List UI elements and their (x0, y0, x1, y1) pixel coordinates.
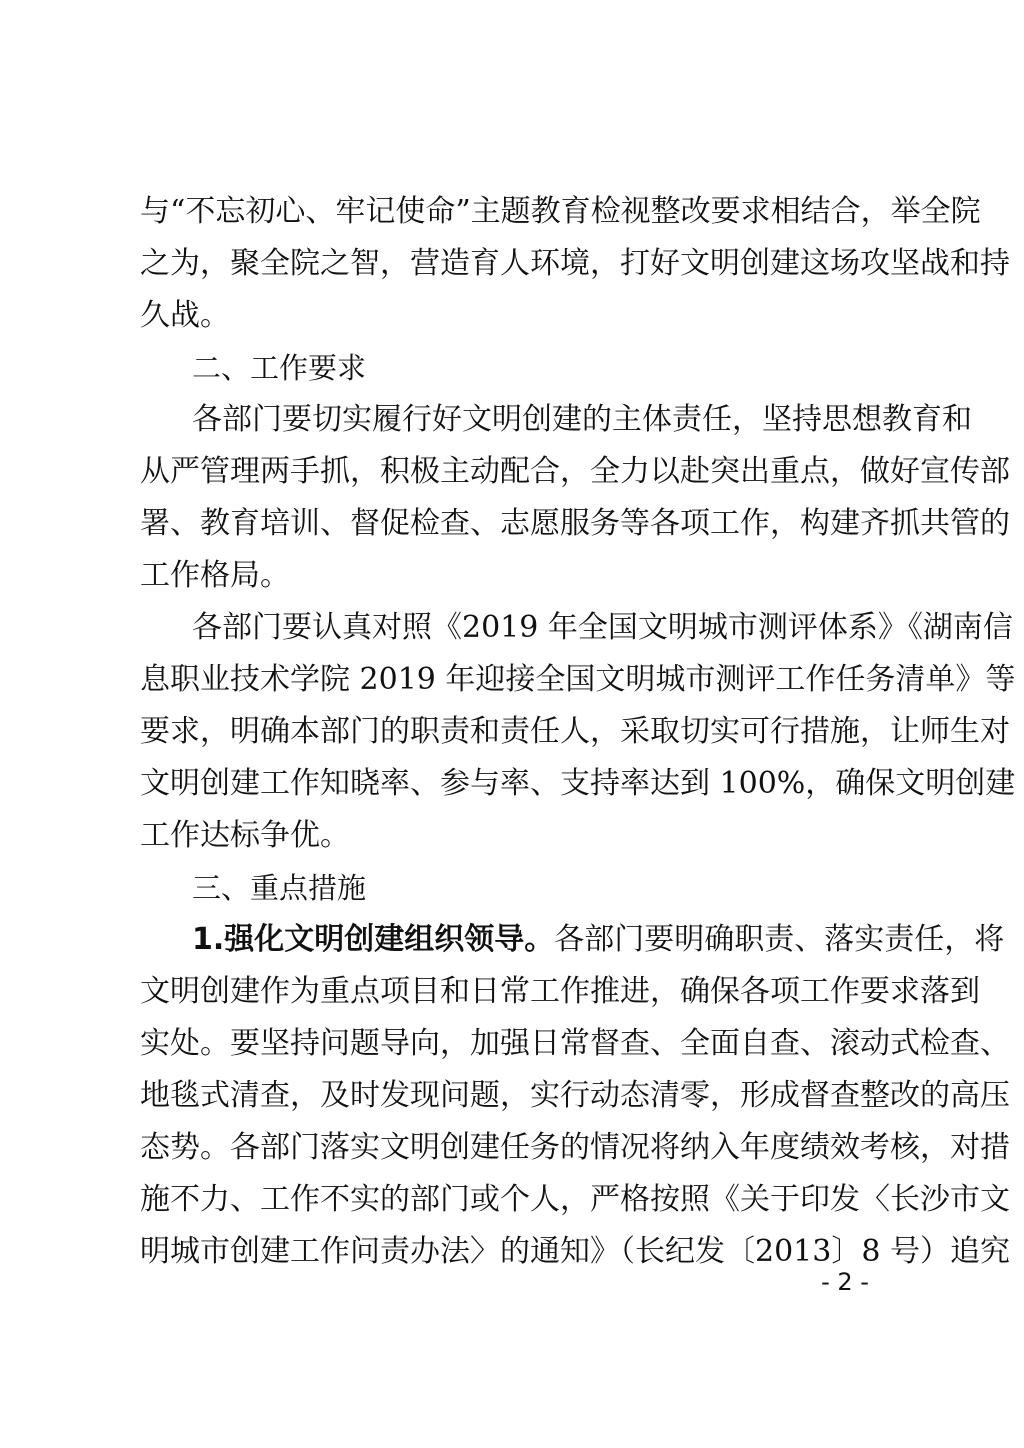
text-line: 工作格局。 (140, 550, 897, 602)
text-line: 署、教育培训、督促检查、志愿服务等各项工作，构建齐抓共管的 (140, 498, 897, 550)
text-line: 与“不忘初心、牢记使命”主题教育检视整改要求相结合，举全院 (140, 186, 897, 238)
text-line: 态势。各部门落实文明创建任务的情况将纳入年度绩效考核，对措 (140, 1122, 897, 1174)
text-line: 之为，聚全院之智，营造育人环境，打好文明创建这场攻坚战和持 (140, 238, 897, 290)
section-heading-key-measures: 三、重点措施 (140, 862, 897, 914)
text-line: 施不力、工作不实的部门或个人，严格按照《关于印发〈长沙市文 (140, 1174, 897, 1226)
text-line: 明城市创建工作问责办法〉的通知》（长纪发〔2013〕8 号）追究 (140, 1226, 897, 1278)
paragraph-continuation: 与“不忘初心、牢记使命”主题教育检视整改要求相结合，举全院 之为，聚全院之智，营… (140, 186, 897, 342)
text-line: 文明创建作为重点项目和日常工作推进，确保各项工作要求落到 (140, 966, 897, 1018)
text-line: 久战。 (140, 290, 897, 342)
document-page: 与“不忘初心、牢记使命”主题教育检视整改要求相结合，举全院 之为，聚全院之智，营… (0, 0, 1024, 1448)
text-line: 地毯式清查，及时发现问题，实行动态清零，形成督查整改的高压 (140, 1070, 897, 1122)
text-line: 要求，明确本部门的职责和责任人，采取切实可行措施，让师生对 (140, 706, 897, 758)
text-line: 各部门要切实履行好文明创建的主体责任，坚持思想教育和 (140, 394, 897, 446)
text-line: 1.强化文明创建组织领导。各部门要明确职责、落实责任，将 (140, 914, 897, 966)
text-line: 文明创建工作知晓率、参与率、支持率达到 100%，确保文明创建 (140, 758, 897, 810)
text-line: 息职业技术学院 2019 年迎接全国文明城市测评工作任务清单》等 (140, 654, 897, 706)
text-line: 工作达标争优。 (140, 810, 897, 862)
paragraph-responsibility: 各部门要切实履行好文明创建的主体责任，坚持思想教育和 从严管理两手抓，积极主动配… (140, 394, 897, 602)
paragraph-measure-1: 1.强化文明创建组织领导。各部门要明确职责、落实责任，将 文明创建作为重点项目和… (140, 914, 897, 1278)
measure-title: 1.强化文明创建组织领导。 (192, 922, 554, 957)
text-line: 各部门要认真对照《2019 年全国文明城市测评体系》《湖南信 (140, 602, 897, 654)
measure-text: 各部门要明确职责、落实责任，将 (554, 922, 1004, 957)
text-line: 从严管理两手抓，积极主动配合，全力以赴突出重点，做好宣传部 (140, 446, 897, 498)
document-body: 与“不忘初心、牢记使命”主题教育检视整改要求相结合，举全院 之为，聚全院之智，营… (140, 186, 897, 1278)
page-number: - 2 - (800, 1268, 890, 1296)
section-heading-work-requirements: 二、工作要求 (140, 342, 897, 394)
text-line: 实处。要坚持问题导向，加强日常督查、全面自查、滚动式检查、 (140, 1018, 897, 1070)
paragraph-evaluation-system: 各部门要认真对照《2019 年全国文明城市测评体系》《湖南信 息职业技术学院 2… (140, 602, 897, 862)
